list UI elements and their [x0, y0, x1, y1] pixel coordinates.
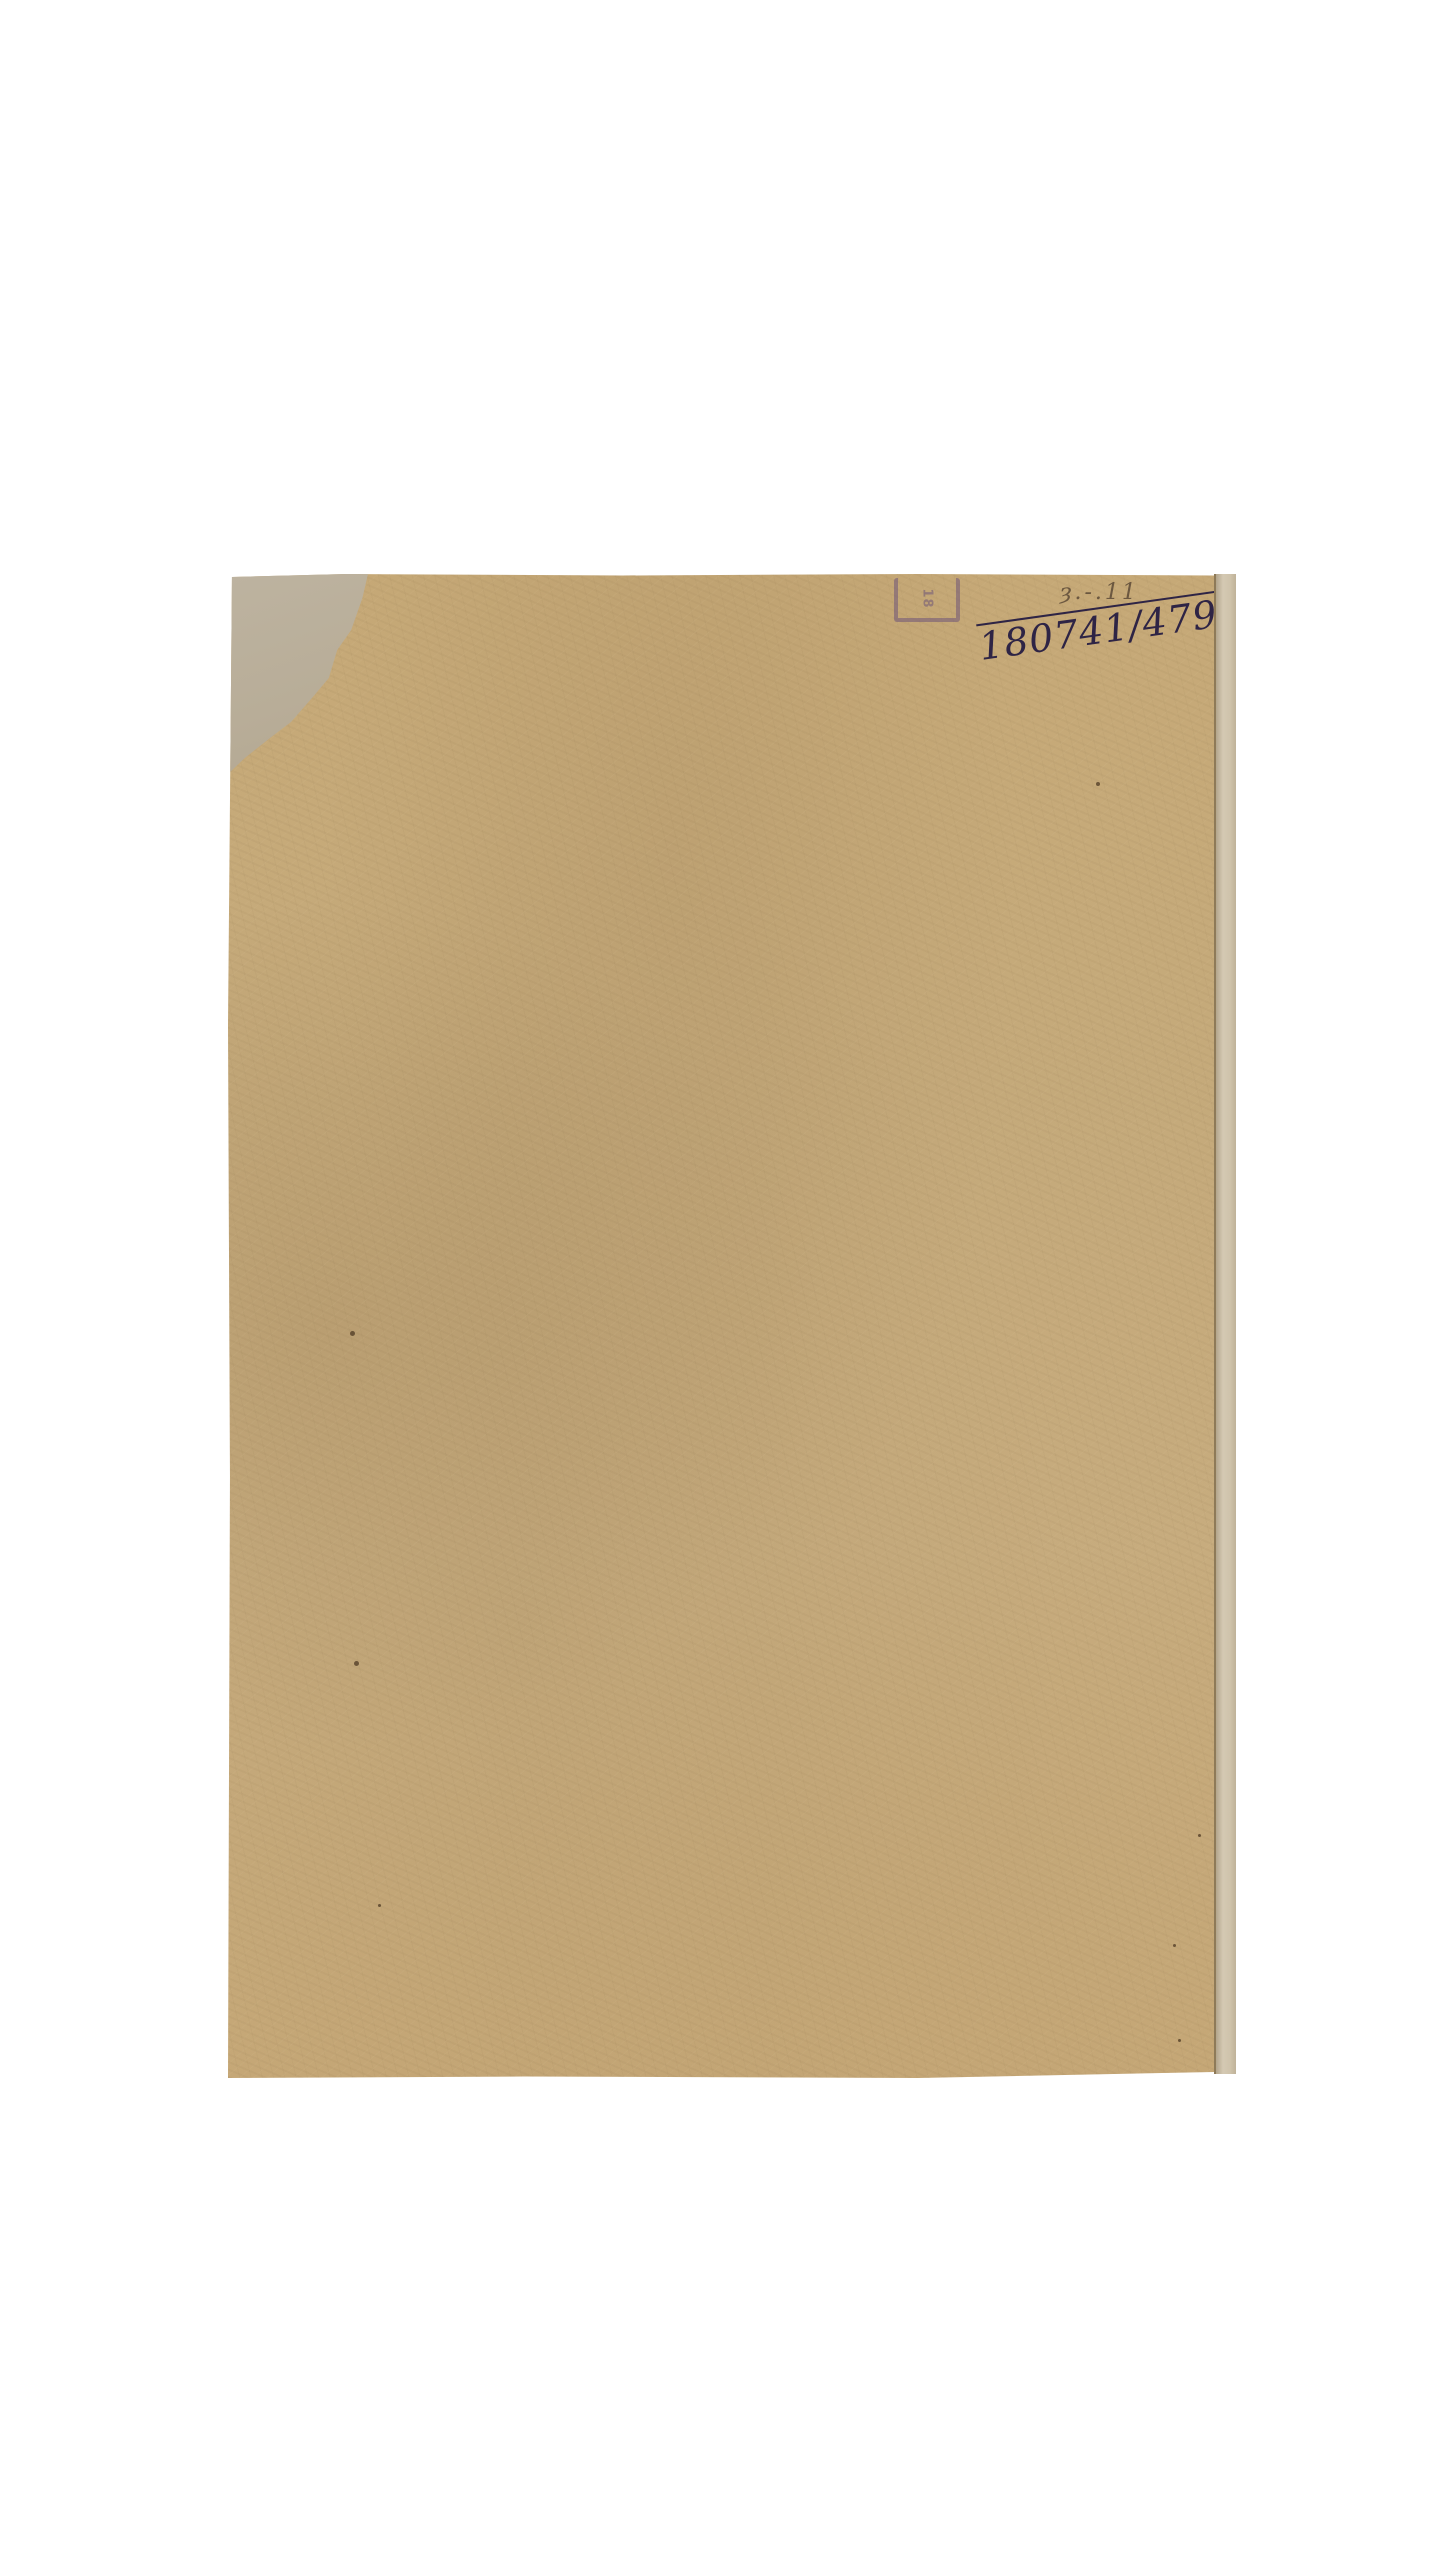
back-cover: 18 ȝ.-.11 180741/479. [228, 574, 1214, 2078]
foxing-spot [378, 1904, 381, 1907]
pencil-marks: ȝ.-.11 [1060, 580, 1139, 605]
foxing-spot [1173, 1944, 1176, 1947]
foxing-spot [350, 1331, 355, 1336]
foxing-spot [1178, 2039, 1181, 2042]
foxing-spot [1096, 782, 1100, 786]
foxing-spot [1198, 1834, 1201, 1837]
binding-spine [1214, 574, 1236, 2074]
scan-background: 18 ȝ.-.11 180741/479. [0, 0, 1440, 2560]
library-stamp: 18 [894, 578, 960, 622]
foxing-spot [354, 1661, 359, 1666]
stamp-text: 18 [920, 588, 935, 608]
torn-corner [228, 574, 368, 774]
